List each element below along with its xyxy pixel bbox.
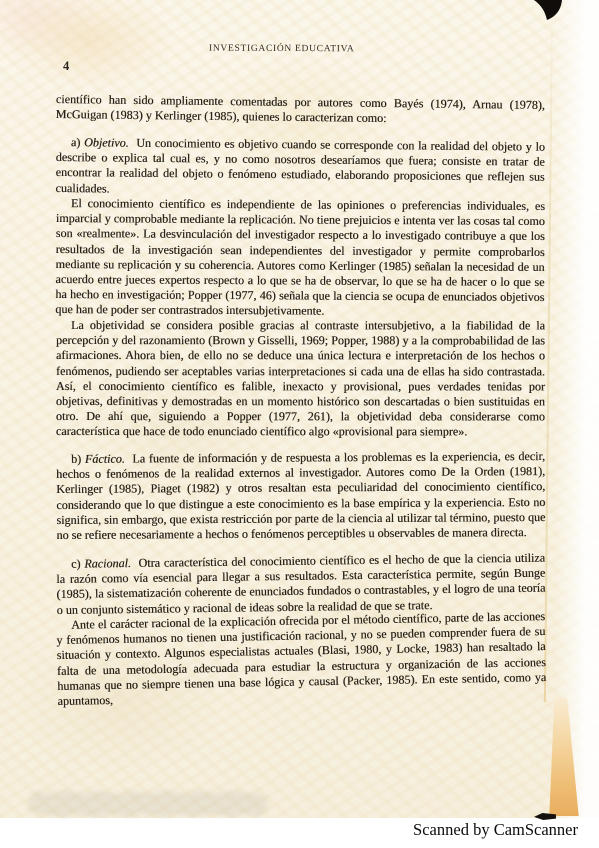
paragraph-text: Ante el carácter racional de la explicac… [56, 609, 546, 708]
paragraph: El conocimiento científico es independie… [55, 196, 545, 321]
paragraph-lead: Racional. [84, 556, 131, 571]
paragraph-letter: c) [71, 556, 84, 570]
paragraph-lead: Fáctico. [85, 452, 125, 466]
paragraph-text: La objetividad se considera posible grac… [56, 318, 545, 439]
running-title: INVESTIGACIÓN EDUCATIVA [209, 44, 355, 55]
paragraph: c) Racional. Otra característica del con… [56, 550, 546, 617]
text-block: científico han sido ampliamente comentad… [56, 92, 545, 709]
paragraph-lead: Objetivo. [84, 136, 129, 150]
paragraph-text: La fuente de información y de respuesta … [56, 449, 545, 542]
paragraph: a) Objetivo. Un conocimiento es objetivo… [55, 135, 545, 201]
paragraph-letter: b) [71, 452, 85, 466]
paragraph-text: Un conocimiento es objetivo cuando se co… [55, 136, 545, 195]
paragraph-text: científico han sido ampliamente comentad… [56, 92, 545, 125]
page-number: 4 [63, 59, 69, 74]
paragraph: La objetividad se considera posible grac… [56, 318, 545, 440]
camscanner-watermark: Scanned by CamScanner [413, 820, 578, 840]
scanned-document: INVESTIGACIÓN EDUCATIVA 4 científico han… [0, 0, 599, 848]
scanned-page-sheet: INVESTIGACIÓN EDUCATIVA 4 científico han… [0, 0, 599, 818]
paragraph-text: El conocimiento científico es independie… [55, 196, 545, 318]
paragraph: b) Fáctico. La fuente de información y d… [56, 449, 546, 543]
scan-shadow-artifact [28, 792, 268, 816]
paragraph-letter: a) [71, 136, 84, 150]
paragraph: científico han sido ampliamente comentad… [56, 92, 545, 128]
paragraph: Ante el carácter racional de la explicac… [56, 609, 547, 709]
corner-fold-icon [534, 0, 568, 24]
